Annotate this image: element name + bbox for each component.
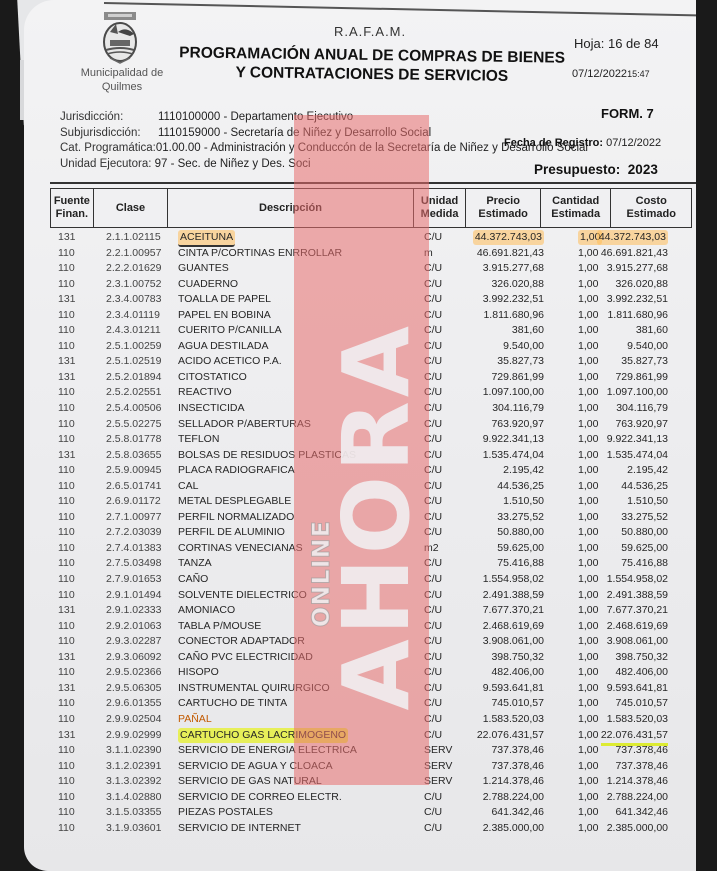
- cell-precio: 326.020,88: [491, 277, 544, 292]
- table-row: 1103.1.9.03601SERVICIO DE INTERNETC/U2.3…: [50, 821, 696, 837]
- cell-cantidad: 1,00: [578, 681, 598, 696]
- cell-cantidad: 1,00: [578, 696, 598, 711]
- cell-clase: 3.1.9.03601: [106, 821, 161, 836]
- table-row: 1102.7.4.01383CORTINAS VENECIANASm259.62…: [50, 541, 696, 557]
- cell-cantidad: 1,00: [578, 277, 598, 292]
- cell-precio: 2.788.224,00: [483, 790, 544, 805]
- cell-cantidad: 1,00: [578, 665, 598, 680]
- cell-precio: 75.416,88: [497, 556, 544, 571]
- cell-precio: 59.625,00: [497, 541, 544, 556]
- cell-unidad: C/U: [424, 463, 442, 478]
- jurisdiccion-label: Jurisdicción:: [60, 110, 158, 126]
- cell-clase: 2.6.5.01741: [106, 479, 161, 494]
- cell-costo: 1.811.680,96: [607, 308, 668, 323]
- cell-clase: 2.5.4.00506: [106, 401, 161, 416]
- cell-clase: 2.9.3.02287: [106, 634, 161, 649]
- cell-clase: 2.3.4.00783: [106, 292, 161, 307]
- cell-fuente: 110: [58, 308, 75, 323]
- presupuesto: Presupuesto: 2023: [534, 162, 658, 177]
- table-row: 1312.3.4.00783TOALLA DE PAPELC/U3.992.23…: [50, 292, 696, 308]
- cell-unidad: C/U: [424, 681, 442, 696]
- cell-unidad: SERV: [424, 774, 452, 789]
- generated-datetime: 07/12/202215:47: [572, 68, 650, 80]
- table-row: 1312.9.9.02999CARTUCHO GAS LACRIMOGENOC/…: [50, 728, 696, 744]
- cell-fuente: 131: [58, 603, 76, 618]
- table-row: 1312.9.1.02333AMONIACOC/U7.677.370,211,0…: [50, 603, 696, 619]
- cell-fuente: 110: [58, 556, 75, 571]
- cell-precio: 9.540,00: [503, 339, 544, 354]
- cell-fuente: 110: [58, 743, 75, 758]
- cell-costo: 398.750,32: [615, 650, 668, 665]
- cell-precio: 1.510,50: [503, 494, 544, 509]
- cell-fuente: 110: [58, 494, 75, 509]
- cell-precio: 9.922.341,13: [483, 432, 544, 447]
- cell-clase: 2.9.1.01494: [106, 588, 161, 603]
- generated-time: 15:47: [627, 69, 650, 79]
- cell-fuente: 110: [58, 277, 75, 292]
- cell-unidad: C/U: [424, 385, 442, 400]
- cell-costo: 9.922.341,13: [607, 432, 668, 447]
- cell-descripcion: CONECTOR ADAPTADOR: [178, 634, 305, 649]
- cell-fuente: 110: [58, 385, 75, 400]
- table-row: 1102.5.4.00506INSECTICIDAC/U304.116,791,…: [50, 401, 696, 417]
- cell-cantidad: 1,00: [578, 354, 598, 369]
- cell-descripcion: PIEZAS POSTALES: [178, 805, 273, 820]
- cell-cantidad: 1,00: [578, 759, 598, 774]
- cell-unidad: C/U: [424, 525, 442, 540]
- cell-precio: 641.342,46: [491, 805, 544, 820]
- table-row: 1102.6.9.01172METAL DESPLEGABLEC/U1.510,…: [50, 494, 696, 510]
- subjurisdiccion-label: Subjurisdicción:: [60, 126, 158, 142]
- cell-descripcion: AGUA DESTILADA: [178, 339, 268, 354]
- cell-costo: 2.195,42: [627, 463, 668, 478]
- cell-precio: 1.535.474,04: [483, 448, 544, 463]
- cell-fuente: 131: [58, 354, 76, 369]
- cell-unidad: C/U: [424, 354, 442, 369]
- logo-caption-line1: Municipalidad de: [74, 66, 170, 80]
- cell-clase: 2.9.9.02999: [106, 728, 161, 743]
- column-header-descripcion: Descripción: [168, 189, 413, 227]
- cell-fuente: 110: [58, 805, 75, 820]
- cell-descripcion: PAÑAL: [178, 712, 212, 727]
- cell-descripcion: PAPEL EN BOBINA: [178, 308, 271, 323]
- cell-costo: 44.372.743,03: [597, 230, 668, 245]
- cell-clase: 2.3.1.00752: [106, 277, 161, 292]
- table-row: 1102.9.3.02287CONECTOR ADAPTADORC/U3.908…: [50, 634, 696, 650]
- cell-clase: 2.5.8.01778: [106, 432, 161, 447]
- generated-date: 07/12/2022: [572, 68, 627, 80]
- cell-unidad: C/U: [424, 261, 442, 276]
- cell-cantidad: 1,00: [578, 525, 598, 540]
- cell-unidad: C/U: [424, 308, 442, 323]
- cell-cantidad: 1,00: [578, 510, 598, 525]
- column-header-precio: Precio Estimado: [466, 189, 541, 227]
- cell-clase: 2.7.2.03039: [106, 525, 161, 540]
- cell-cantidad: 1,00: [578, 790, 598, 805]
- cell-descripcion: INSECTICIDA: [178, 401, 245, 416]
- cell-descripcion: BOLSAS DE RESIDUOS PLASTICAS: [178, 448, 356, 463]
- cell-precio: 398.750,32: [491, 650, 544, 665]
- column-header-unidad: Unidad Medida: [414, 189, 467, 227]
- cell-unidad: C/U: [424, 650, 442, 665]
- table-row: 1102.9.2.01063TABLA P/MOUSEC/U2.468.619,…: [50, 619, 696, 635]
- cell-clase: 2.5.1.02519: [106, 354, 161, 369]
- cell-fuente: 131: [58, 292, 76, 307]
- cell-unidad: C/U: [424, 665, 442, 680]
- cell-precio: 2.491.388,59: [483, 588, 544, 603]
- cell-precio: 44.536,25: [497, 479, 544, 494]
- cell-costo: 75.416,88: [621, 556, 668, 571]
- cell-descripcion: GUANTES: [178, 261, 229, 276]
- cell-unidad: C/U: [424, 510, 442, 525]
- cell-costo: 3.908.061,00: [607, 634, 668, 649]
- cell-unidad: SERV: [424, 759, 452, 774]
- cell-cantidad: 1,00: [578, 572, 598, 587]
- cell-descripcion: PLACA RADIOGRAFICA: [178, 463, 295, 478]
- cell-unidad: C/U: [424, 696, 442, 711]
- cell-descripcion: ACEITUNA: [178, 230, 235, 247]
- cell-precio: 2.385.000,00: [483, 821, 544, 836]
- cell-cantidad: 1,00: [578, 805, 598, 820]
- cell-costo: 737.378,46: [615, 759, 668, 774]
- cell-costo: 35.827,73: [621, 354, 668, 369]
- table-row: 1102.4.3.01211CUERITO P/CANILLAC/U381,60…: [50, 323, 696, 339]
- cell-descripcion: METAL DESPLEGABLE: [178, 494, 291, 509]
- cell-descripcion: AMONIACO: [178, 603, 235, 618]
- cell-fuente: 110: [58, 339, 75, 354]
- table-row: 1102.3.1.00752CUADERNOC/U326.020,881,003…: [50, 277, 696, 293]
- cell-costo: 729.861,99: [615, 370, 668, 385]
- cell-cantidad: 1,00: [578, 339, 598, 354]
- cell-descripcion: CUERITO P/CANILLA: [178, 323, 282, 338]
- cell-cantidad: 1,00: [578, 292, 598, 307]
- cell-costo: 304.116,79: [616, 401, 668, 416]
- table-row: 1102.9.6.01355CARTUCHO DE TINTAC/U745.01…: [50, 696, 696, 712]
- cell-unidad: C/U: [424, 448, 442, 463]
- cell-costo: 50.880,00: [621, 525, 668, 540]
- table-row: 1102.7.5.03498TANZAC/U75.416,881,0075.41…: [50, 556, 696, 572]
- cell-unidad: C/U: [424, 603, 442, 618]
- table-row: 1103.1.3.02392SERVICIO DE GAS NATURALSER…: [50, 774, 696, 790]
- cell-unidad: C/U: [424, 805, 442, 820]
- cell-costo: 44.536,25: [621, 479, 668, 494]
- cell-costo: 1.097.100,00: [607, 385, 668, 400]
- cell-costo: 7.677.370,21: [607, 603, 668, 618]
- cell-precio: 33.275,52: [497, 510, 544, 525]
- cell-clase: 2.9.9.02504: [106, 712, 161, 727]
- cell-fuente: 110: [58, 463, 75, 478]
- document-title: PROGRAMACIÓN ANUAL DE COMPRAS DE BIENES …: [172, 43, 572, 87]
- cell-clase: 2.5.1.00259: [106, 339, 161, 354]
- cell-precio: 737.378,46: [491, 759, 544, 774]
- cell-clase: 2.7.5.03498: [106, 556, 161, 571]
- cell-precio: 729.861,99: [491, 370, 544, 385]
- cell-costo: 381,60: [636, 323, 668, 338]
- cell-costo: 1.214.378,46: [607, 774, 668, 789]
- table-row: 1103.1.1.02390SERVICIO DE ENERGIA ELECTR…: [50, 743, 696, 759]
- cell-fuente: 110: [58, 712, 75, 727]
- table-row: 1312.9.5.06305INSTRUMENTAL QUIRURGICOC/U…: [50, 681, 696, 697]
- cell-cantidad: 1,00: [578, 603, 598, 618]
- cell-descripcion: SOLVENTE DIELECTRICO: [178, 588, 307, 603]
- table-row: 1102.9.9.02504PAÑALC/U1.583.520,031,001.…: [50, 712, 696, 728]
- cell-clase: 2.9.3.06092: [106, 650, 161, 665]
- cell-unidad: C/U: [424, 728, 442, 743]
- table-header: Fuente Finan. Clase Descripción Unidad M…: [50, 188, 692, 228]
- cell-costo: 59.625,00: [621, 541, 668, 556]
- cell-cantidad: 1,00: [578, 463, 598, 478]
- cell-unidad: C/U: [424, 479, 442, 494]
- cell-costo: 9.540,00: [627, 339, 668, 354]
- cell-clase: 2.3.4.01119: [106, 308, 160, 323]
- table-row: 1102.2.1.00957CINTA P/CORTINAS ENRROLLAR…: [50, 246, 696, 262]
- cell-descripcion: SERVICIO DE INTERNET: [178, 821, 301, 836]
- cell-precio: 763.920,97: [491, 417, 544, 432]
- cell-precio: 304.116,79: [492, 401, 544, 416]
- cell-clase: 2.1.1.02115: [106, 230, 161, 245]
- cell-fuente: 110: [58, 510, 75, 525]
- cell-unidad: C/U: [424, 323, 442, 338]
- cell-clase: 2.9.5.02366: [106, 665, 161, 680]
- cell-clase: 3.1.5.03355: [106, 805, 161, 820]
- subjurisdiccion-value: 1110159000 - Secretaría de Niñez y Desar…: [158, 127, 431, 139]
- page-top-border: [104, 2, 696, 17]
- cell-descripcion: CARTUCHO DE TINTA: [178, 696, 287, 711]
- cell-descripcion: CORTINAS VENECIANAS: [178, 541, 303, 556]
- table-row: 1102.3.4.01119PAPEL EN BOBINAC/U1.811.68…: [50, 308, 696, 324]
- cell-unidad: C/U: [424, 432, 442, 447]
- fecha-registro: Fecha de Registro: 07/12/2022: [504, 137, 661, 149]
- unidad-ejecutora-label: Unidad Ejecutora:: [60, 157, 151, 173]
- cell-costo: 33.275,52: [621, 510, 668, 525]
- cell-fuente: 110: [58, 541, 75, 556]
- cat-programatica-label: Cat. Programática:: [60, 141, 156, 157]
- cell-costo: 1.535.474,04: [607, 448, 668, 463]
- cell-clase: 2.5.5.02275: [106, 417, 161, 432]
- cell-descripcion: PERFIL NORMALIZADO: [178, 510, 294, 525]
- cell-clase: 2.9.6.01355: [106, 696, 161, 711]
- cell-descripcion: SERVICIO DE CORREO ELECTR.: [178, 790, 342, 805]
- cell-cantidad: 1,00: [578, 479, 598, 494]
- cell-costo: 1.554.958,02: [607, 572, 668, 587]
- cell-precio: 3.908.061,00: [483, 634, 544, 649]
- cell-fuente: 131: [58, 728, 76, 743]
- cell-costo: 641.342,46: [615, 805, 668, 820]
- cell-cantidad: 1,00: [578, 432, 598, 447]
- cell-descripcion: PERFIL DE ALUMINIO: [178, 525, 285, 540]
- fecha-registro-value: 07/12/2022: [606, 137, 661, 149]
- cell-fuente: 110: [58, 696, 75, 711]
- cell-costo: 2.385.000,00: [607, 821, 668, 836]
- cell-cantidad: 1,00: [578, 541, 598, 556]
- cell-clase: 2.5.2.01894: [106, 370, 161, 385]
- cell-clase: 2.5.9.00945: [106, 463, 161, 478]
- cell-unidad: C/U: [424, 494, 442, 509]
- cell-unidad: C/U: [424, 292, 442, 307]
- cell-fuente: 110: [58, 774, 75, 789]
- cell-unidad: C/U: [424, 277, 442, 292]
- cell-fuente: 110: [58, 790, 75, 805]
- cell-descripcion: TOALLA DE PAPEL: [178, 292, 271, 307]
- cell-unidad: C/U: [424, 634, 442, 649]
- sheet-number: Hoja: 16 de 84: [574, 36, 659, 51]
- cell-clase: 2.9.1.02333: [106, 603, 161, 618]
- cell-clase: 3.1.3.02392: [106, 774, 161, 789]
- cell-costo: 2.468.619,69: [607, 619, 668, 634]
- table-row: 1103.1.2.02391SERVICIO DE AGUA Y CLOACAS…: [50, 759, 696, 775]
- cell-descripcion: TABLA P/MOUSE: [178, 619, 261, 634]
- table-row: 1312.5.1.02519ACIDO ACETICO P.A.C/U35.82…: [50, 354, 696, 370]
- table-row: 1312.5.8.03655BOLSAS DE RESIDUOS PLASTIC…: [50, 448, 696, 464]
- cell-costo: 3.915.277,68: [607, 261, 668, 276]
- cell-fuente: 110: [58, 665, 75, 680]
- table-row: 1103.1.5.03355PIEZAS POSTALESC/U641.342,…: [50, 805, 696, 821]
- cell-unidad: m2: [424, 541, 439, 556]
- cell-cantidad: 1,00: [578, 494, 598, 509]
- presupuesto-label: Presupuesto:: [534, 162, 620, 177]
- table-row: 1102.7.9.01653CAÑOC/U1.554.958,021,001.5…: [50, 572, 696, 588]
- cell-fuente: 110: [58, 588, 75, 603]
- cell-descripcion: REACTIVO: [178, 385, 232, 400]
- cell-precio: 22.076.431,57: [477, 728, 544, 743]
- cell-fuente: 110: [58, 261, 75, 276]
- cell-costo: 745.010,57: [615, 696, 668, 711]
- cell-clase: 2.4.3.01211: [106, 323, 161, 338]
- cell-costo: 9.593.641,81: [607, 681, 668, 696]
- cell-descripcion: CAÑO PVC ELECTRICIDAD: [178, 650, 313, 665]
- column-header-cantidad: Cantidad Estimada: [541, 189, 612, 227]
- cell-precio: 35.827,73: [497, 354, 544, 369]
- cell-precio: 1.214.378,46: [483, 774, 544, 789]
- cell-descripcion: CINTA P/CORTINAS ENRROLLAR: [178, 246, 342, 261]
- cell-cantidad: 1,00: [578, 556, 598, 571]
- table-row: 1102.5.8.01778TEFLONC/U9.922.341,131,009…: [50, 432, 696, 448]
- cell-precio: 1.554.958,02: [483, 572, 544, 587]
- cell-precio: 7.677.370,21: [483, 603, 544, 618]
- table-row: 1102.5.1.00259AGUA DESTILADAC/U9.540,001…: [50, 339, 696, 355]
- cell-descripcion: TEFLON: [178, 432, 219, 447]
- cell-clase: 3.1.1.02390: [106, 743, 161, 758]
- cell-fuente: 110: [58, 479, 75, 494]
- cell-cantidad: 1,00: [578, 588, 598, 603]
- cell-unidad: C/U: [424, 339, 442, 354]
- form-number: FORM. 7: [601, 106, 654, 121]
- table-row: 1312.1.1.02115ACEITUNAC/U44.372.743,031,…: [50, 230, 696, 246]
- cell-descripcion: CUADERNO: [178, 277, 238, 292]
- cell-precio: 737.378,46: [491, 743, 544, 758]
- cell-unidad: C/U: [424, 588, 442, 603]
- table-row: 1103.1.4.02880SERVICIO DE CORREO ELECTR.…: [50, 790, 696, 806]
- cell-cantidad: 1,00: [578, 401, 598, 416]
- cell-clase: 2.9.2.01063: [106, 619, 161, 634]
- cell-descripcion: INSTRUMENTAL QUIRURGICO: [178, 681, 330, 696]
- cell-cantidad: 1,00: [578, 246, 598, 261]
- header-divider: [50, 182, 696, 184]
- cell-cantidad: 1,00: [578, 743, 598, 758]
- cell-precio: 381,60: [512, 323, 544, 338]
- cell-fuente: 131: [58, 681, 76, 696]
- table-row: 1102.9.5.02366HISOPOC/U482.406,001,00482…: [50, 665, 696, 681]
- cell-fuente: 110: [58, 572, 75, 587]
- cell-fuente: 110: [58, 432, 75, 447]
- cell-unidad: C/U: [424, 619, 442, 634]
- cell-fuente: 110: [58, 634, 75, 649]
- table-row: 1312.5.2.01894CITOSTATICOC/U729.861,991,…: [50, 370, 696, 386]
- cell-fuente: 131: [58, 230, 76, 245]
- cell-precio: 50.880,00: [497, 525, 544, 540]
- table-row: 1102.9.1.01494SOLVENTE DIELECTRICOC/U2.4…: [50, 588, 696, 604]
- cell-fuente: 110: [58, 417, 75, 432]
- column-header-fuente: Fuente Finan.: [51, 189, 94, 227]
- jurisdiccion-value: 1110100000 - Departamento Ejecutivo: [158, 111, 353, 123]
- cell-descripcion: CITOSTATICO: [178, 370, 247, 385]
- cell-cantidad: 1,00: [578, 261, 598, 276]
- cell-cantidad: 1,00: [578, 712, 598, 727]
- cell-unidad: C/U: [424, 790, 442, 805]
- cell-precio: 745.010,57: [491, 696, 544, 711]
- cell-costo: 1.510,50: [627, 494, 668, 509]
- cell-fuente: 131: [58, 650, 76, 665]
- table-row: 1102.2.2.01629GUANTESC/U3.915.277,681,00…: [50, 261, 696, 277]
- cell-precio: 2.195,42: [503, 463, 544, 478]
- cell-cantidad: 1,00: [578, 728, 598, 743]
- cell-unidad: C/U: [424, 556, 442, 571]
- table-row: 1102.5.9.00945PLACA RADIOGRAFICAC/U2.195…: [50, 463, 696, 479]
- cell-fuente: 110: [58, 759, 75, 774]
- cell-fuente: 110: [58, 619, 75, 634]
- cell-cantidad: 1,00: [578, 417, 598, 432]
- table-row: 1102.6.5.01741CALC/U44.536,251,0044.536,…: [50, 479, 696, 495]
- cell-cantidad: 1,00: [578, 385, 598, 400]
- cell-clase: 3.1.2.02391: [106, 759, 161, 774]
- cell-costo: 2.491.388,59: [607, 588, 668, 603]
- cell-costo: 482.406,00: [615, 665, 668, 680]
- cell-costo: 326.020,88: [615, 277, 668, 292]
- logo-caption-line2: Quilmes: [74, 80, 170, 94]
- cell-precio: 2.468.619,69: [483, 619, 544, 634]
- cell-costo: 737.378,46: [615, 743, 668, 758]
- cell-unidad: C/U: [424, 230, 442, 245]
- table-body: 1312.1.1.02115ACEITUNAC/U44.372.743,031,…: [50, 230, 696, 836]
- cell-clase: 2.2.2.01629: [106, 261, 161, 276]
- cell-clase: 2.9.5.06305: [106, 681, 161, 696]
- cell-descripcion: TANZA: [178, 556, 212, 571]
- table-row: 1102.7.1.00977PERFIL NORMALIZADOC/U33.27…: [50, 510, 696, 526]
- cell-fuente: 110: [58, 525, 75, 540]
- cell-cantidad: 1,00: [578, 774, 598, 789]
- cell-fuente: 131: [58, 370, 76, 385]
- cell-descripcion: CAL: [178, 479, 198, 494]
- table-row: 1312.9.3.06092CAÑO PVC ELECTRICIDADC/U39…: [50, 650, 696, 666]
- cell-cantidad: 1,00: [578, 619, 598, 634]
- cell-descripcion: CAÑO: [178, 572, 208, 587]
- cell-clase: 2.6.9.01172: [106, 494, 161, 509]
- cell-fuente: 110: [58, 401, 75, 416]
- cell-cantidad: 1,00: [578, 821, 598, 836]
- cell-precio: 1.583.520,03: [483, 712, 544, 727]
- system-name: R.A.F.A.M.: [334, 24, 406, 39]
- cell-unidad: C/U: [424, 572, 442, 587]
- cell-descripcion: SERVICIO DE ENERGIA ELECTRICA: [178, 743, 357, 758]
- cell-cantidad: 1,00: [578, 323, 598, 338]
- cell-unidad: C/U: [424, 417, 442, 432]
- cell-clase: 2.7.9.01653: [106, 572, 161, 587]
- cell-precio: 3.915.277,68: [483, 261, 544, 276]
- fecha-registro-label: Fecha de Registro:: [504, 137, 603, 149]
- cell-costo: 2.788.224,00: [607, 790, 668, 805]
- cell-unidad: C/U: [424, 401, 442, 416]
- cell-clase: 2.5.8.03655: [106, 448, 161, 463]
